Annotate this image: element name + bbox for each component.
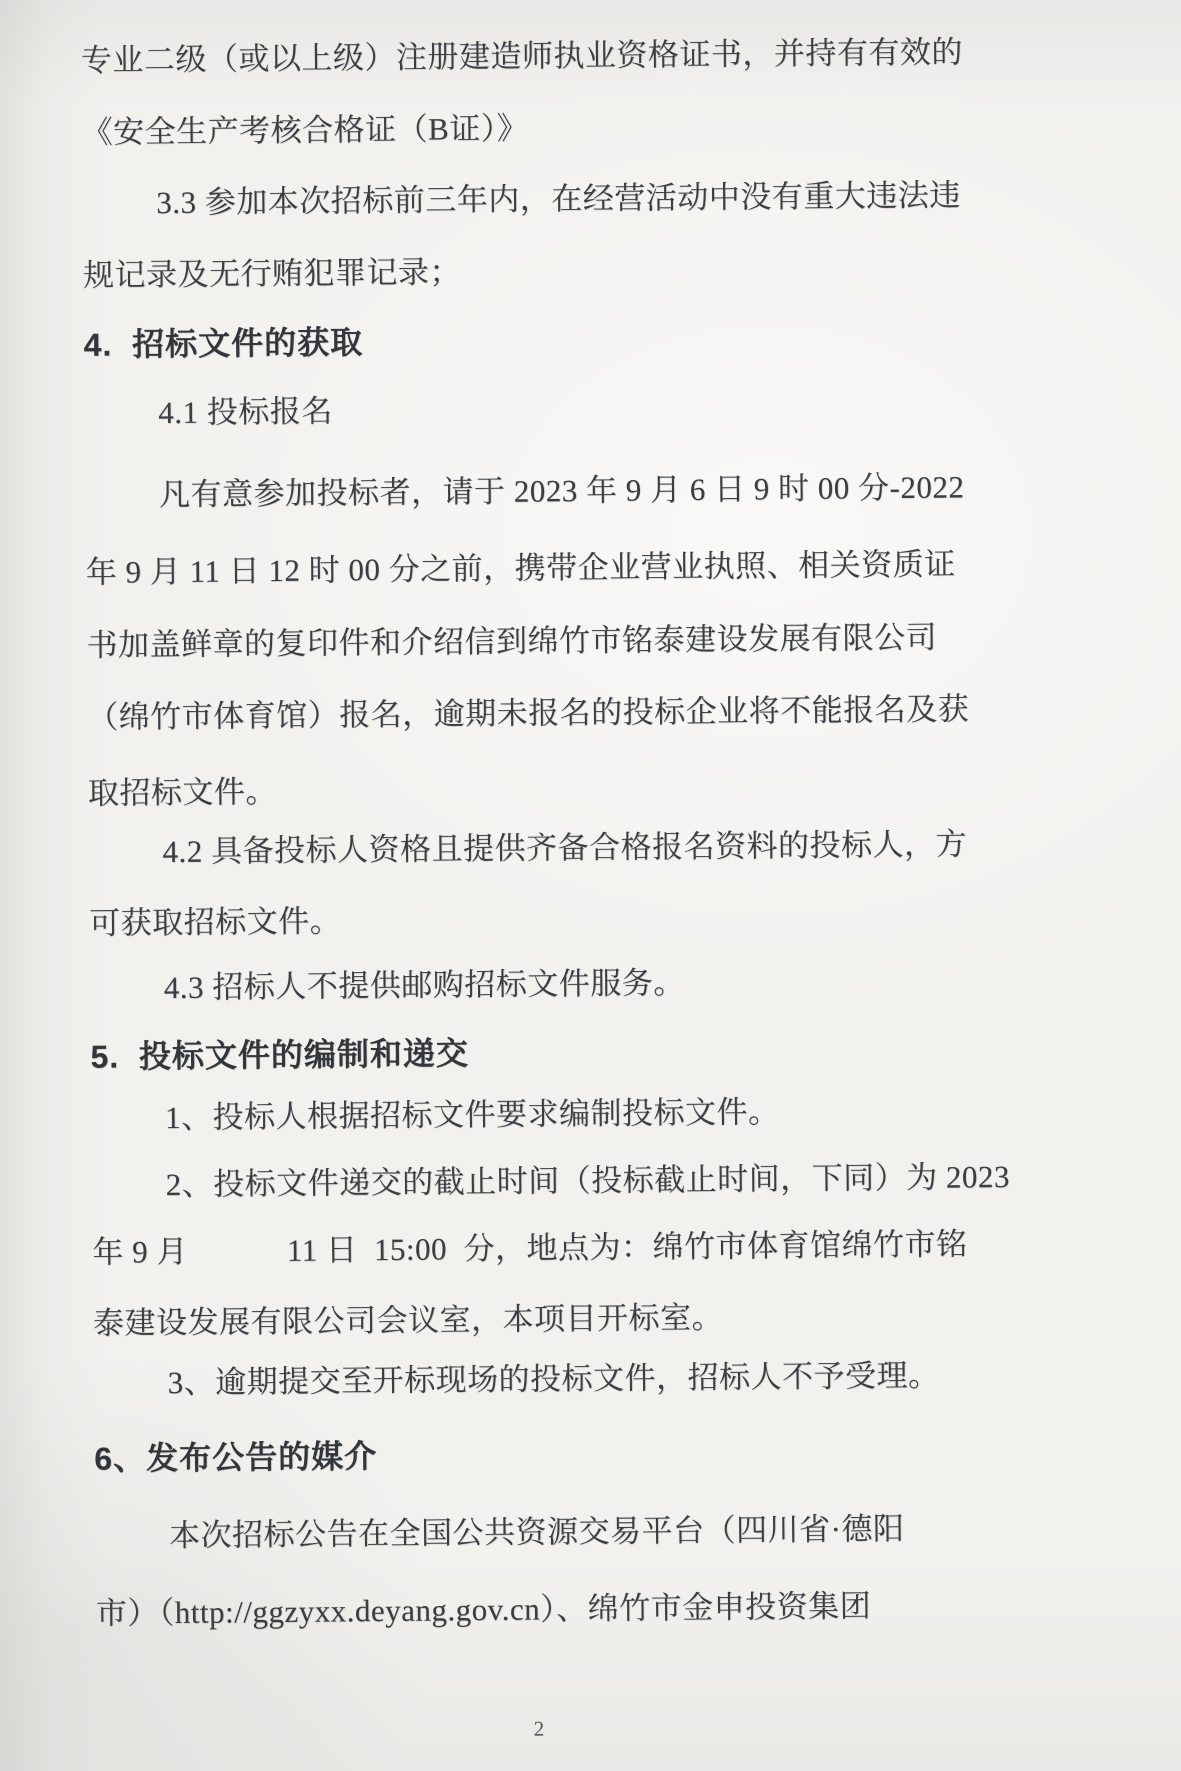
- document-line: 凡有意参加投标者，请于 2023 年 9 月 6 日 9 时 00 分-2022: [85, 463, 1095, 519]
- section-heading: 5. 投标文件的编制和递交: [90, 1024, 1100, 1080]
- document-line: 年 9 月 11 日 15:00 分，地点为：绵竹市体育馆绵竹市铭: [92, 1220, 1102, 1276]
- document-line: 4.1 投标报名: [84, 381, 1094, 437]
- document-line: 市）（http://ggzyxx.deyang.gov.cn）、绵竹市金申投资集…: [96, 1581, 1106, 1637]
- document-line: 年 9 月 11 日 12 时 00 分之前，携带企业营业执照、相关资质证: [86, 540, 1096, 596]
- document-line: 4.2 具备投标人资格且提供齐备合格报名资料的投标人，方: [88, 820, 1098, 876]
- document-line: 3.3 参加本次招标前三年内，在经营活动中没有重大违法违: [82, 171, 1092, 227]
- document-line: 泰建设发展有限公司会议室，本项目开标室。: [93, 1291, 1103, 1347]
- document-line: 书加盖鲜章的复印件和介绍信到绵竹市铭泰建设发展有限公司: [86, 613, 1096, 669]
- document-content: 专业二级（或以上级）注册建造师执业资格证书，并持有有效的《安全生产考核合格证（B…: [0, 0, 1181, 1771]
- document-line: 专业二级（或以上级）注册建造师执业资格证书，并持有有效的: [81, 28, 1091, 84]
- document-line: （绵竹市体育馆）报名，逾期未报名的投标企业将不能报名及获: [87, 685, 1097, 741]
- scanned-document-page: 专业二级（或以上级）注册建造师执业资格证书，并持有有效的《安全生产考核合格证（B…: [0, 0, 1181, 1771]
- document-line: 1、投标人根据招标文件要求编制投标文件。: [91, 1086, 1101, 1142]
- document-lines: 专业二级（或以上级）注册建造师执业资格证书，并持有有效的《安全生产考核合格证（B…: [0, 0, 1173, 6]
- page-number: 2: [509, 1716, 569, 1742]
- document-line: 取招标文件。: [88, 761, 1098, 817]
- document-line: 2、投标文件递交的截止时间（投标截止时间，下同）为 2023: [91, 1153, 1101, 1209]
- section-heading: 6、发布公告的媒介: [94, 1426, 1104, 1482]
- document-line: 《安全生产考核合格证（B证）》: [81, 100, 1091, 156]
- document-line: 本次招标公告在全国公共资源交易平台（四川省·德阳: [95, 1504, 1105, 1560]
- document-line: 可获取招标文件。: [89, 891, 1099, 947]
- document-line: 3、逾期提交至开标现场的投标文件，招标人不予受理。: [93, 1351, 1103, 1407]
- section-heading: 4. 招标文件的获取: [83, 312, 1093, 368]
- document-line: 4.3 招标人不提供邮购招标文件服务。: [90, 956, 1100, 1012]
- document-line: 规记录及无行贿犯罪记录；: [83, 243, 1093, 299]
